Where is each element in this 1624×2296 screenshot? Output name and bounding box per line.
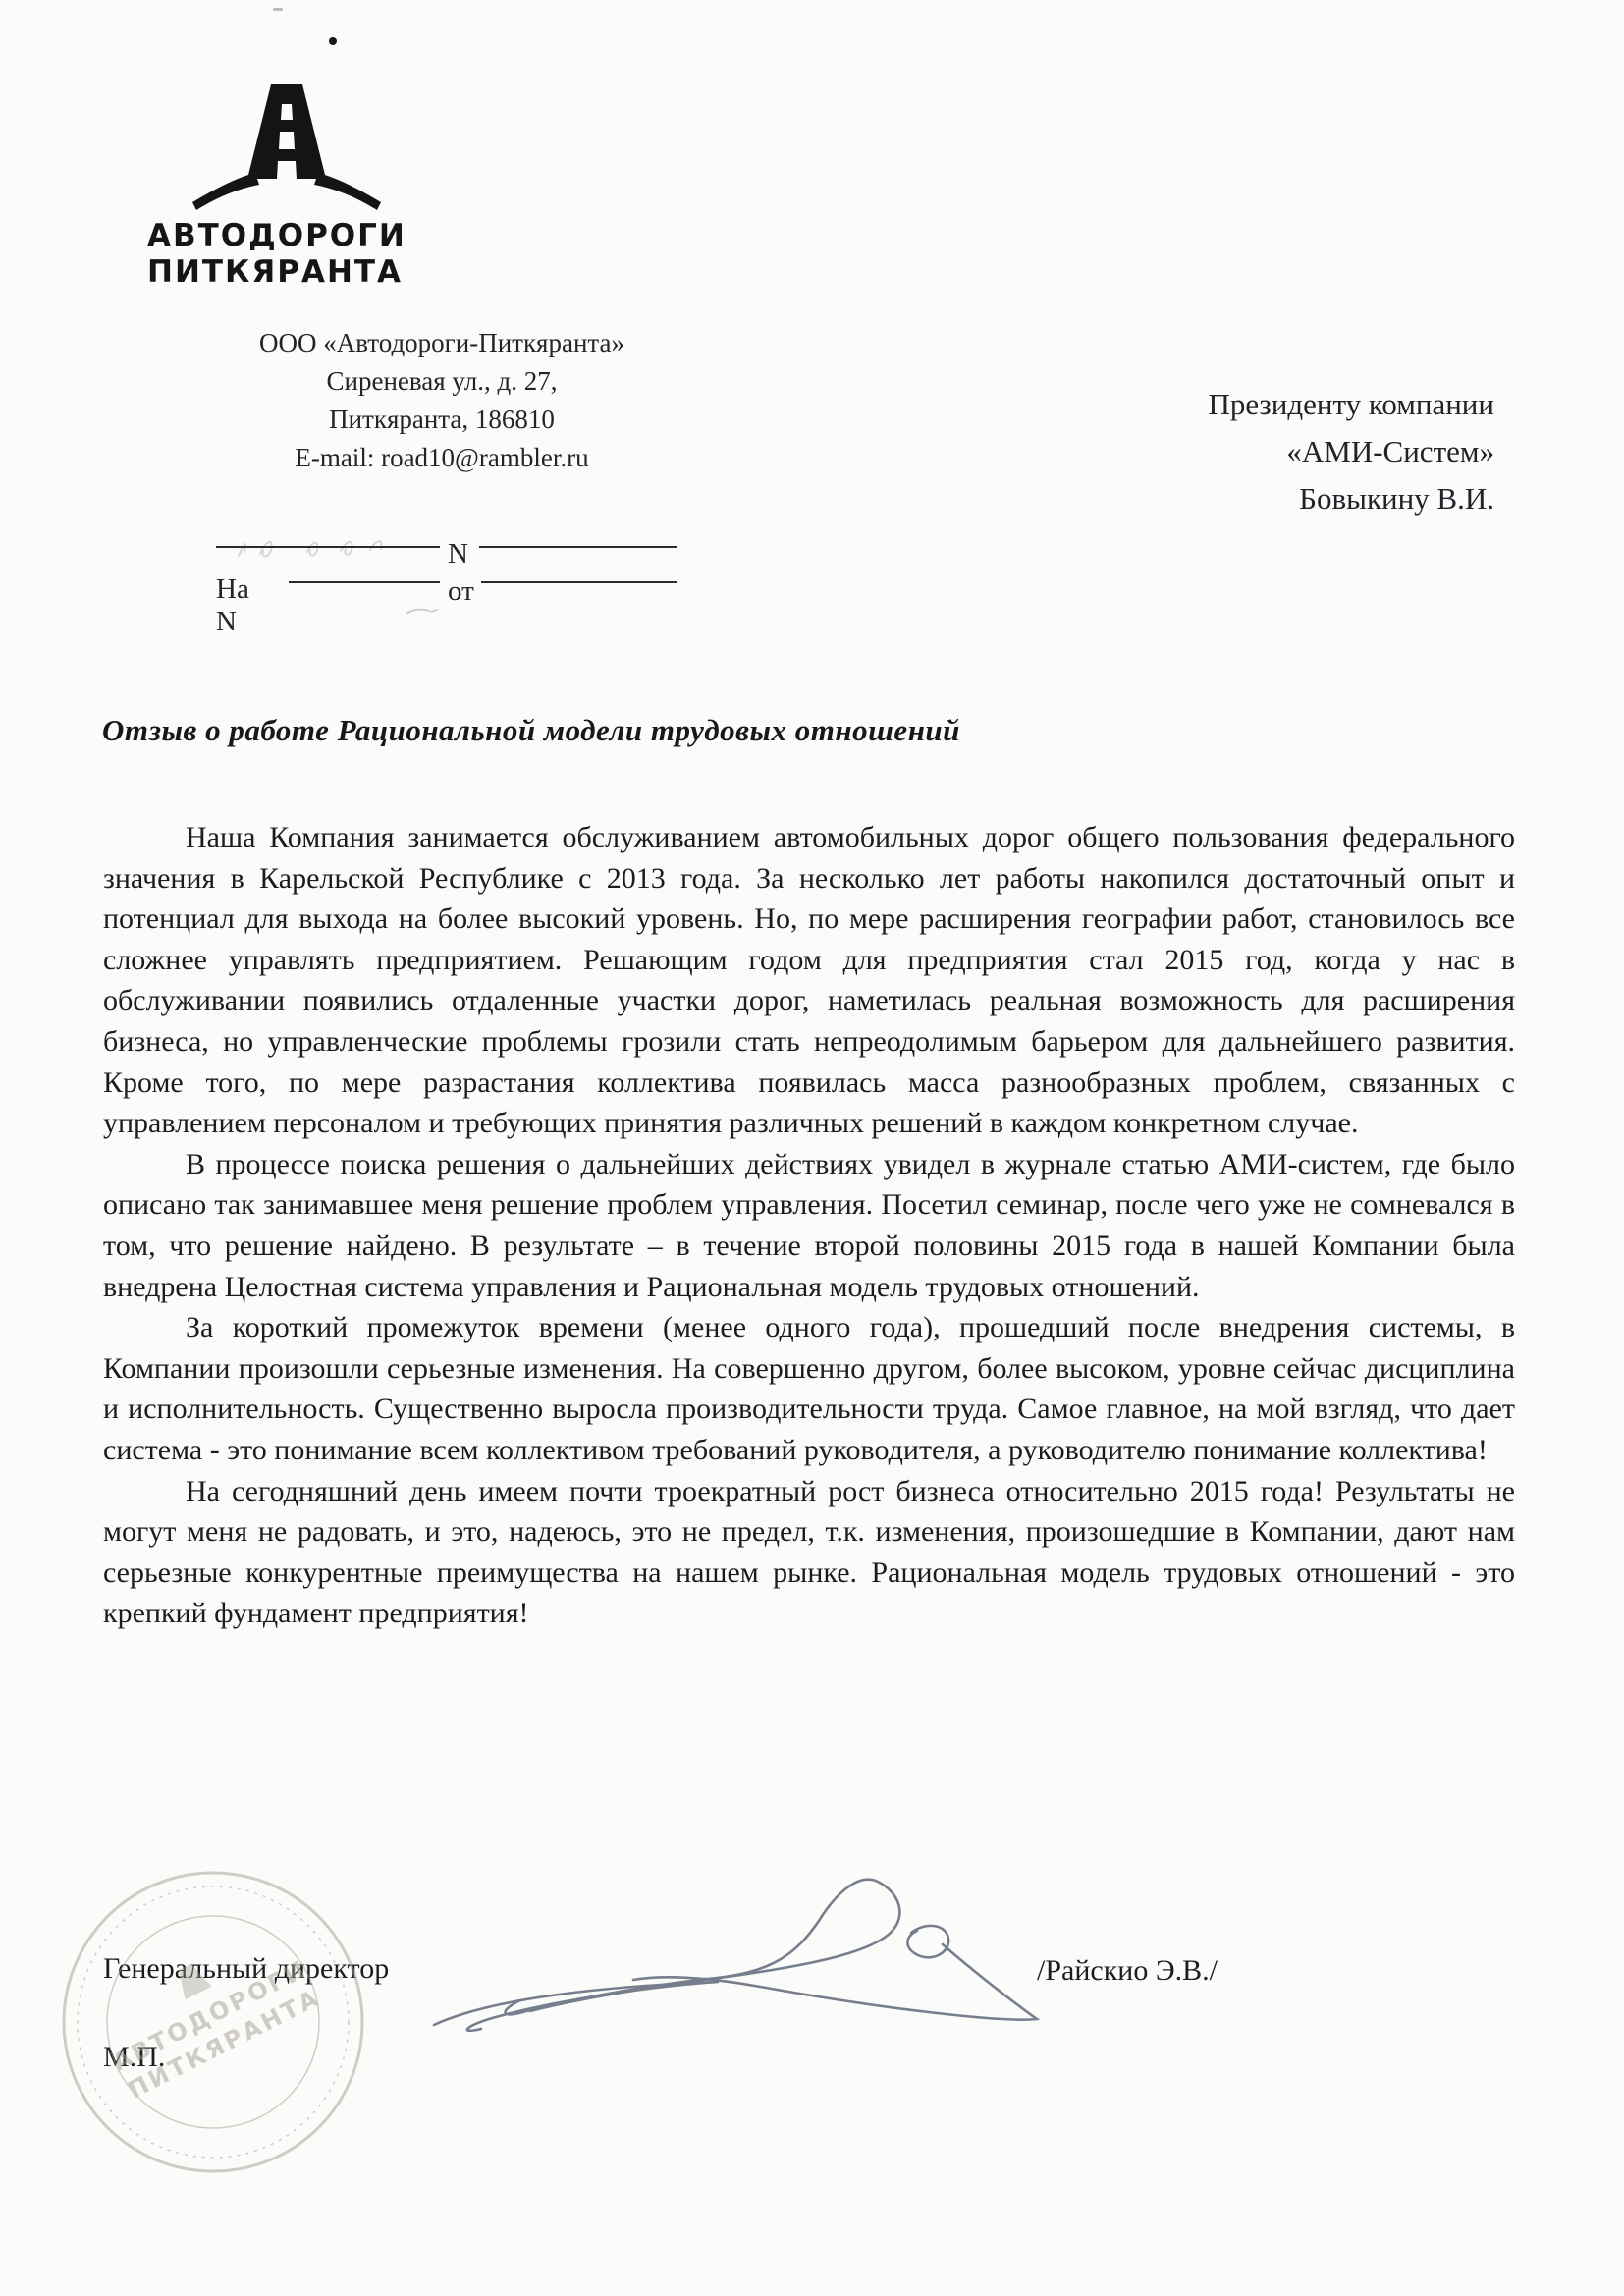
ref-number-line — [289, 581, 440, 583]
paragraph-2: В процессе поиска решения о дальнейших д… — [103, 1144, 1515, 1307]
round-stamp: АВТОДОРОГИ ПИТКЯРАНТА — [57, 1866, 369, 2178]
handwriting-scribble — [231, 526, 427, 564]
letter-title: Отзыв о работе Рациональной модели трудо… — [102, 713, 1182, 748]
recipient-block: Президенту компании «АМИ-Систем» Бовыкин… — [1053, 381, 1494, 522]
paragraph-3: За короткий промежуток времени (менее од… — [103, 1307, 1515, 1470]
company-logo: АВТОДОРОГИ ПИТКЯРАНТА — [147, 81, 442, 291]
scanned-letter-page: АВТОДОРОГИ ПИТКЯРАНТА ООО «Автодороги-Пи… — [0, 0, 1624, 2296]
scan-speck — [329, 37, 337, 45]
recipient-line1: Президенту компании — [1053, 381, 1494, 428]
sender-company: ООО «Автодороги-Питкяранта» — [211, 324, 673, 362]
ref-n-label: N — [448, 538, 468, 571]
ref-na-label: На N — [216, 574, 249, 638]
ref-number-line — [481, 581, 677, 583]
recipient-line3: Бовыкину В.И. — [1053, 475, 1494, 522]
ref-number-line — [216, 546, 440, 548]
signer-name: /Райскио Э.В./ — [1037, 1954, 1218, 1988]
ref-number-line — [479, 546, 677, 548]
sender-address-block: ООО «Автодороги-Питкяранта» Сиреневая ул… — [211, 324, 673, 477]
sender-email: E-mail: road10@rambler.ru — [211, 439, 673, 477]
paragraph-1: Наша Компания занимается обслуживанием а… — [103, 817, 1515, 1144]
paragraph-4: На сегодняшний день имеем почти троекрат… — [103, 1471, 1515, 1634]
letter-body: Наша Компания занимается обслуживанием а… — [103, 817, 1515, 1634]
recipient-line2: «АМИ-Систем» — [1053, 428, 1494, 475]
sender-city: Питкяранта, 186810 — [211, 401, 673, 439]
signature-scribble — [412, 1838, 1060, 2045]
pencil-mark — [406, 607, 439, 615]
sender-street: Сиреневая ул., д. 27, — [211, 362, 673, 401]
scan-speck — [273, 8, 283, 11]
logo-text-line2: ПИТКЯРАНТА — [147, 254, 442, 291]
logo-text-line1: АВТОДОРОГИ — [147, 218, 442, 254]
road-logo-icon — [189, 81, 385, 218]
ref-ot-label: от — [448, 575, 474, 608]
